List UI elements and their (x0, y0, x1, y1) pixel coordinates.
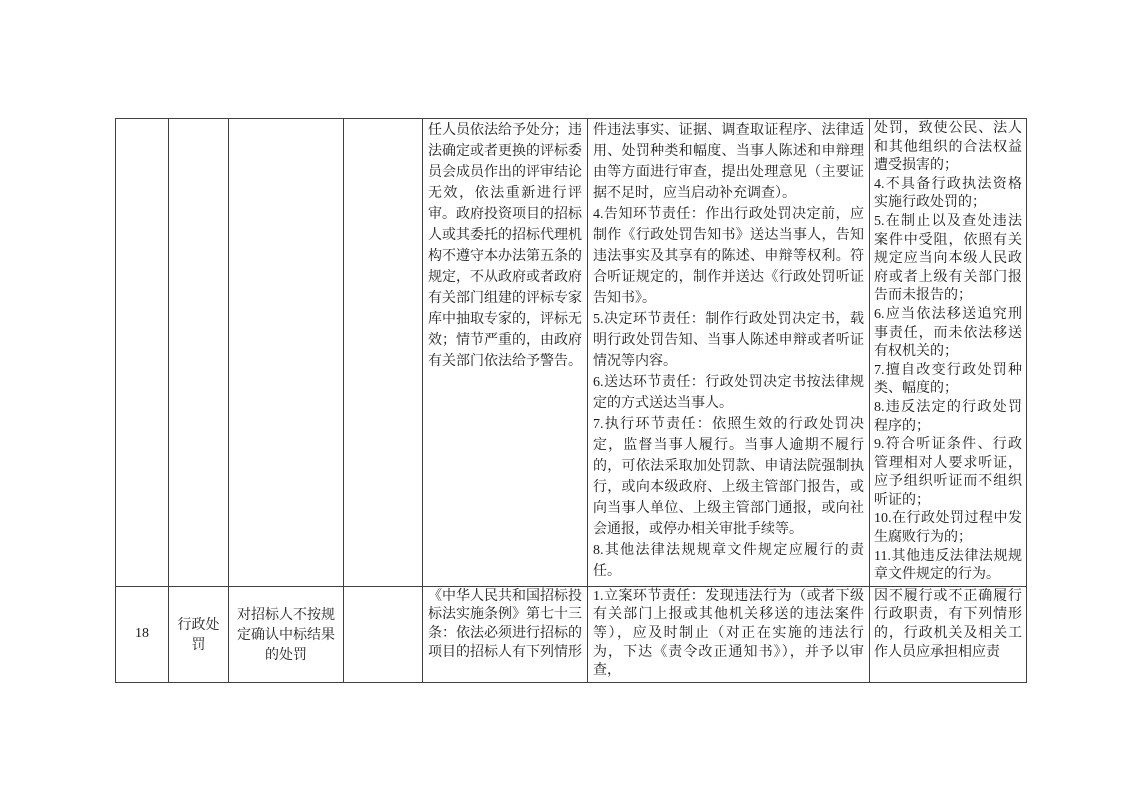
cell-responsibilities-row18: 1.立案环节责任：发现违法行为（或者下级有关部门上报或其他机关移送的违法案件等）… (588, 586, 870, 682)
cell-blank-column (344, 119, 423, 587)
table-row-18: 18 行政处罚 对招标人不按规定确认中标结果的处罚 《中华人民共和国招标投标法实… (116, 586, 1027, 682)
cell-item-name: 对招标人不按规定确认中标结果的处罚 (229, 586, 344, 682)
document-page: 任人员依法给予处分；违法确定或者更换的评标委员会成员作出的评审结论无效，依法重新… (0, 0, 1122, 793)
cell-category: 行政处罚 (169, 586, 229, 682)
cell-blank-column-row18 (344, 586, 423, 682)
cell-legal-basis-continuation: 任人员依法给予处分；违法确定或者更换的评标委员会成员作出的评审结论无效，依法重新… (423, 119, 588, 587)
cell-accountability-continuation: 处罚，致使公民、法人和其他组织的合法权益遭受损害的；4.不具备行政执法资格实施行… (870, 119, 1027, 587)
cell-serial-number: 18 (116, 586, 169, 682)
cell-serial-empty (116, 119, 169, 587)
cell-category-empty (169, 119, 229, 587)
cell-responsibilities-continuation: 件违法事实、证据、调查取证程序、法律适用、处罚种类和幅度、当事人陈述和申辩理由等… (588, 119, 870, 587)
cell-item-empty (229, 119, 344, 587)
penalty-responsibility-table: 任人员依法给予处分；违法确定或者更换的评标委员会成员作出的评审结论无效，依法重新… (115, 118, 1027, 683)
table-row-continuation: 任人员依法给予处分；违法确定或者更换的评标委员会成员作出的评审结论无效，依法重新… (116, 119, 1027, 587)
cell-accountability-row18: 因不履行或不正确履行行政职责，有下列情形的，行政机关及相关工作人员应承担相应责 (870, 586, 1027, 682)
cell-legal-basis-row18: 《中华人民共和国招标投标法实施条例》第七十三条：依法必须进行招标的项目的招标人有… (423, 586, 588, 682)
